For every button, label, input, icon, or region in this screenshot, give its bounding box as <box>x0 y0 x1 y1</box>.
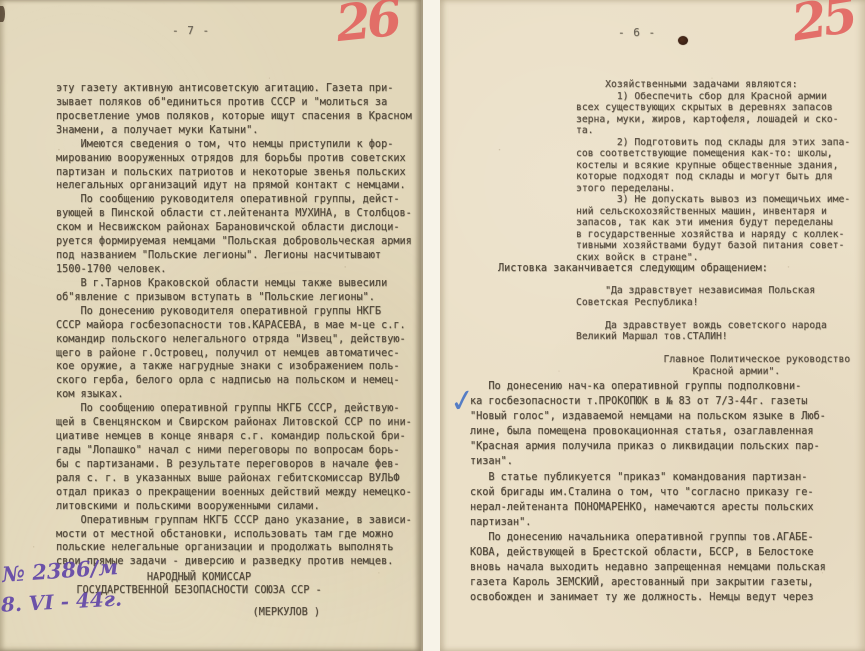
ink-smudge <box>0 6 5 22</box>
typed-leaflet-intro-line: Листовка заканчивается следующим обращен… <box>498 263 768 274</box>
page-number: - 7 - <box>172 24 210 37</box>
handwritten-checkmark: ✓ <box>448 382 478 422</box>
archival-number-red: 25 <box>788 0 857 49</box>
typed-body-text: эту газету активную антисоветскую агитац… <box>56 82 412 569</box>
page-6: - 6 - 25 Хозяйственными задачами являютс… <box>440 0 865 651</box>
page-number: - 6 - <box>618 26 656 39</box>
document-scan: - 7 - 26 эту газету активную антисоветск… <box>0 0 865 651</box>
page-7: - 7 - 26 эту газету активную антисоветск… <box>0 0 423 651</box>
archival-number-red: 26 <box>334 0 400 49</box>
typed-slogans-quote: "Да здравствует независимая ПольскаяСове… <box>576 285 850 377</box>
typed-economic-tasks-quote: Хозяйственными задачами являются: 1) Обе… <box>576 79 850 263</box>
ink-spot <box>678 36 688 45</box>
typed-report-text: По донесению нач-ка оперативной группы п… <box>470 379 826 605</box>
